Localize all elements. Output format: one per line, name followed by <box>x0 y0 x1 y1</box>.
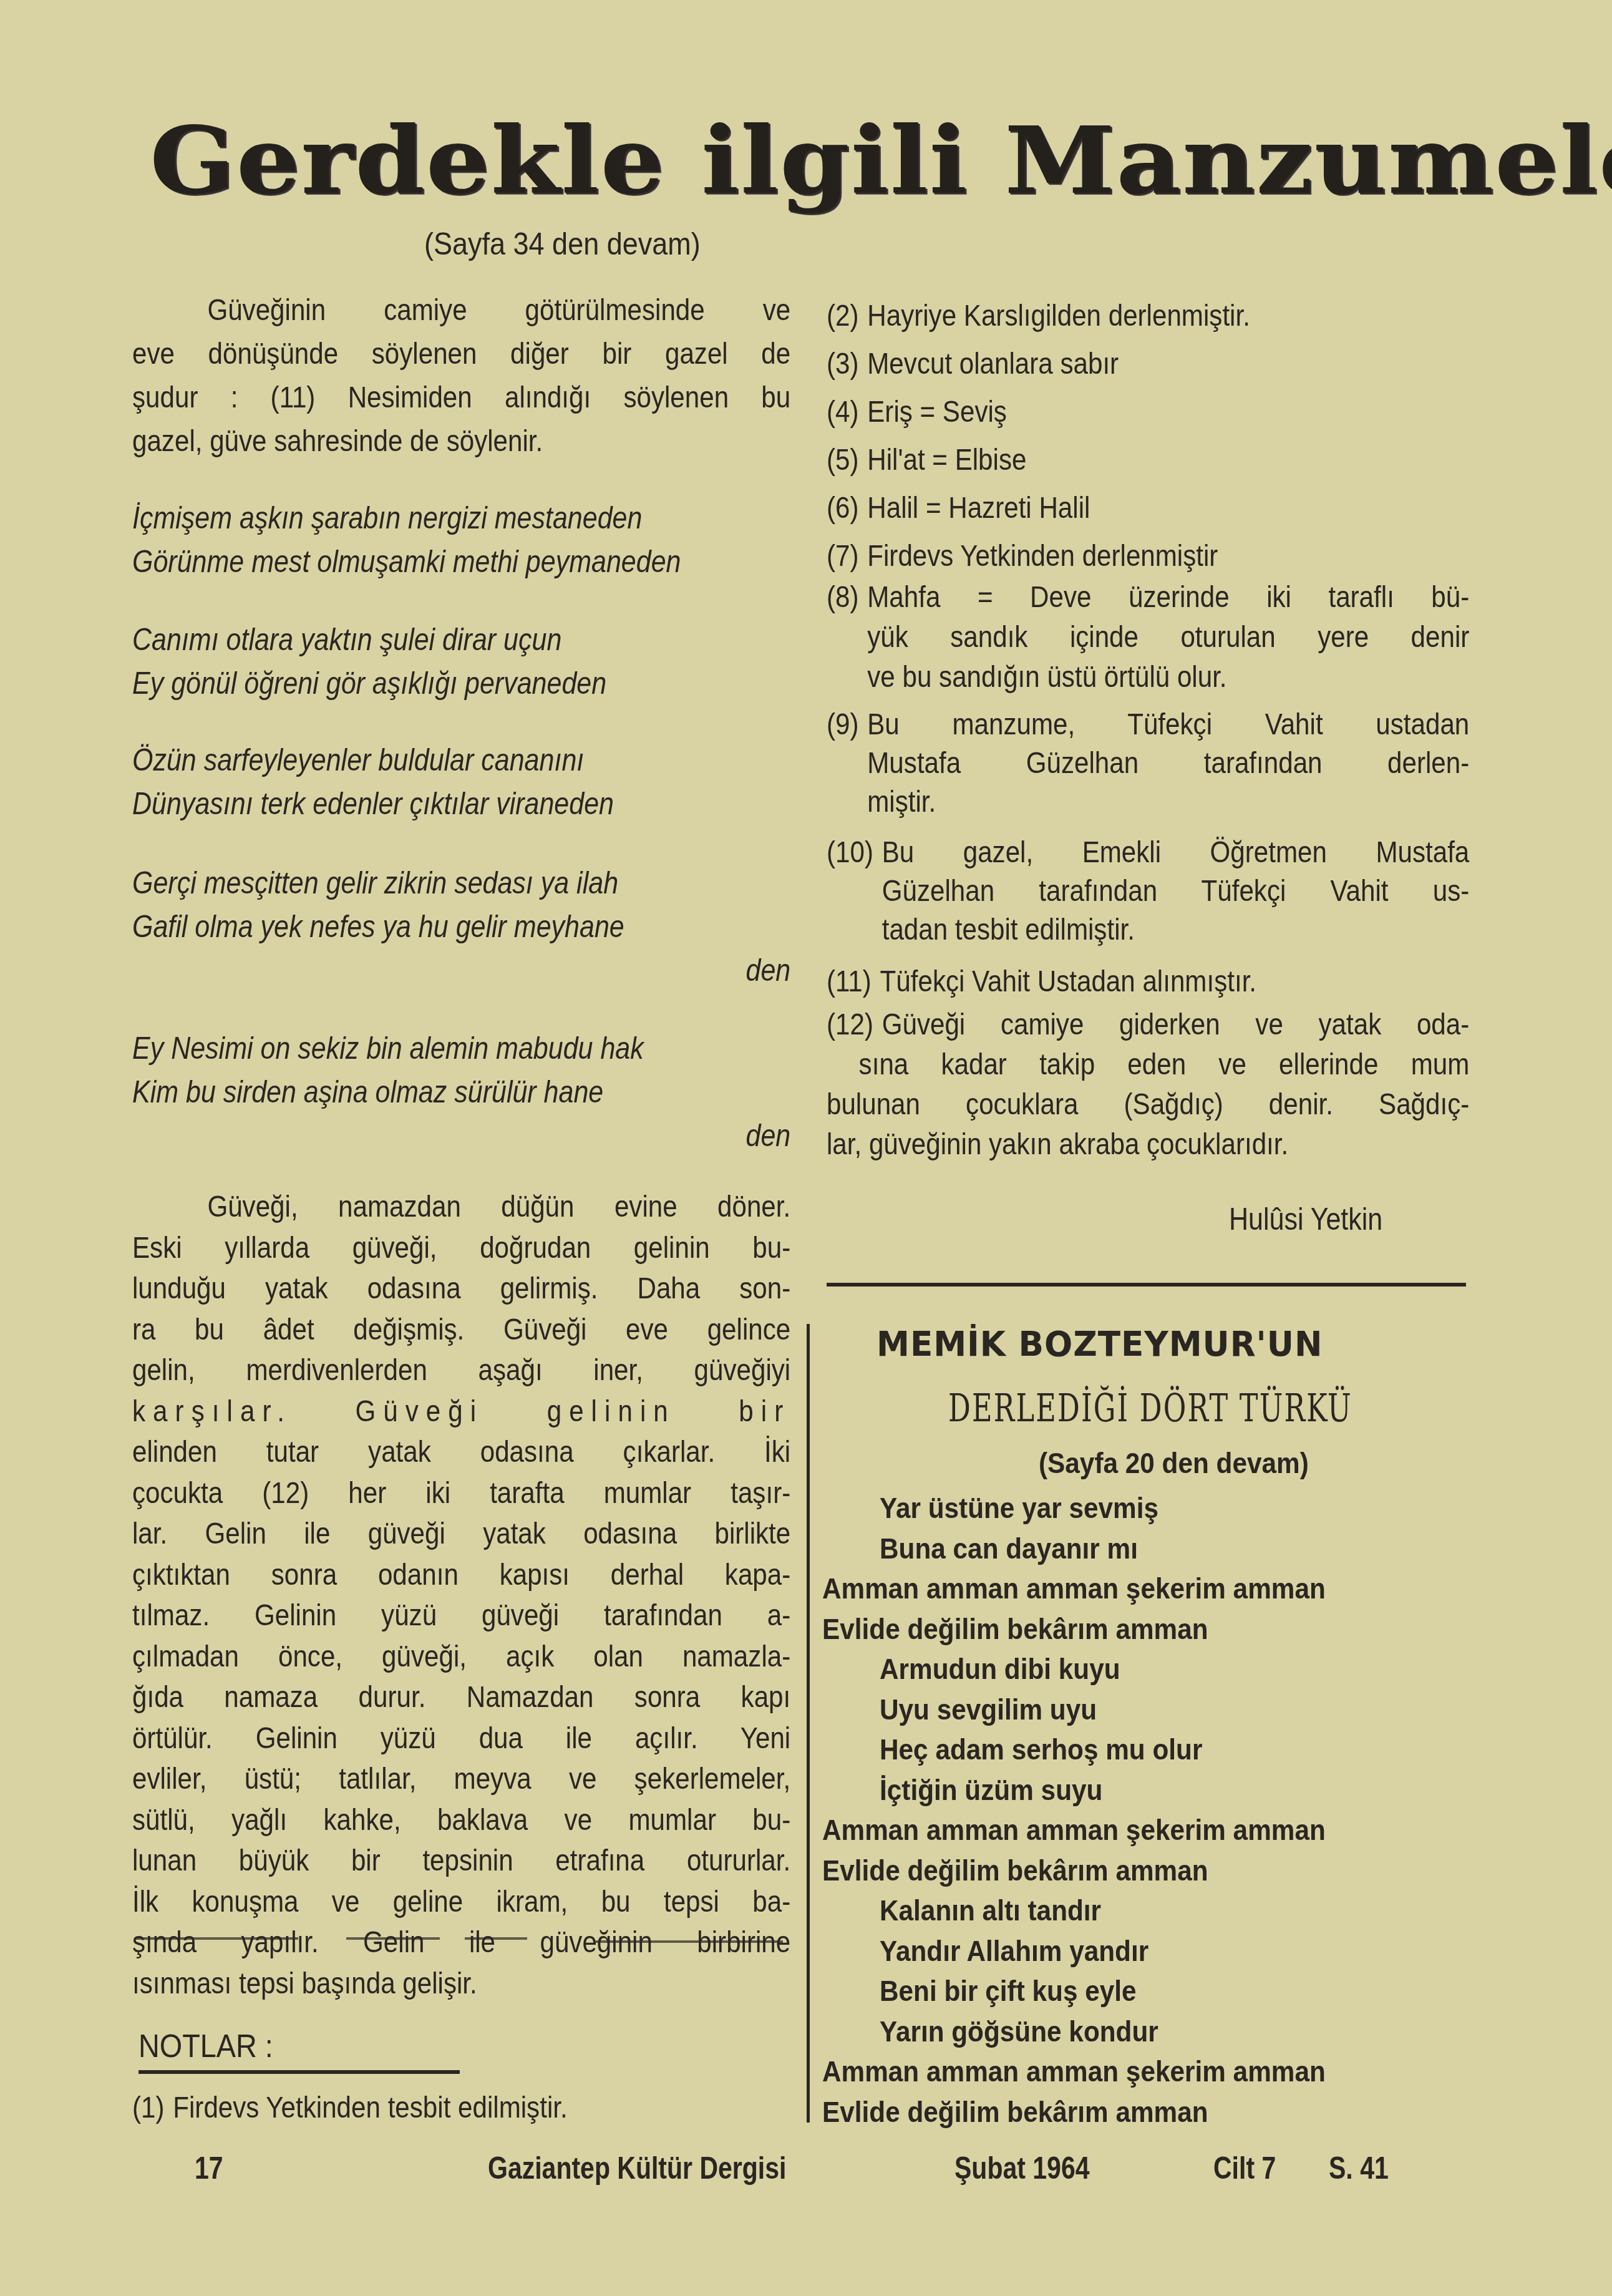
footnote-10: (10) Bu gazel, Emekli Öğretmen Mustafa G… <box>827 833 1469 949</box>
underline-mark <box>346 1937 440 1940</box>
text-line: gelin, merdivenlerden aşağı iner, güveği… <box>132 1350 790 1391</box>
footnote-12: (12) Güveği camiye giderken ve yatak oda… <box>827 1004 1469 1164</box>
footnote-number: (5) <box>827 436 867 484</box>
folk-song-verses: Yar üstüne yar sevmiş Buna can dayanır m… <box>822 1488 1326 2132</box>
poem-verse: Kim bu sirden aşina olmaz sürülür hane <box>132 1070 790 1114</box>
text-line: şudur : (11) Nesimiden alındığı söylenen… <box>132 376 790 419</box>
song-verse: Armudun dibi kuyu <box>822 1649 1326 1690</box>
publication-name: Gaziantep Kültür Dergisi <box>488 2150 786 2186</box>
poem-verse: Gafil olma yek nefes ya hu gelir meyhane <box>132 905 790 948</box>
footnote-text: Firdevs Yetkinden tesbit edilmiştir. <box>173 2087 775 2128</box>
notes-heading: NOTLAR : <box>138 2028 273 2065</box>
text-line: ra bu âdet değişmiş. Güveği eve gelince <box>132 1310 790 1351</box>
issue-number: S. 41 <box>1329 2150 1389 2186</box>
poem-verse: Gerçi mesçitten gelir zikrin sedası ya i… <box>132 861 790 905</box>
notes-heading-rule <box>138 2070 460 2074</box>
section-divider <box>827 1283 1466 1287</box>
footnote-number: (4) <box>827 388 867 436</box>
text-line: çıktıktan sonra odanın kapısı derhal kap… <box>132 1555 790 1596</box>
footnote-number: (10) <box>827 833 882 949</box>
second-article-heading: MEMİK BOZTEYMUR'UN <box>876 1324 1323 1364</box>
footnote-9: (9) Bu manzume, Tüfekçi Vahit ustadan Mu… <box>827 705 1469 821</box>
song-verse: Yandır Allahım yandır <box>822 1931 1326 1972</box>
footnote-text: Hayriye Karslıgilden derlenmiştir. <box>867 292 1469 340</box>
footnote-2: (2)Hayriye Karslıgilden derlenmiştir. <box>827 292 1469 340</box>
song-verse: Yar üstüne yar sevmiş <box>822 1488 1326 1529</box>
footnote-text: Mevcut olanlara sabır <box>867 340 1469 388</box>
poem-verse: İçmişem aşkın şarabın nergizi mestaneden <box>132 496 790 540</box>
song-refrain: Evlide değilim bekârım amman <box>822 1851 1326 1891</box>
volume-number: Cilt 7 <box>1213 2150 1276 2186</box>
underline-mark <box>596 1940 783 1943</box>
poem-stanza-1: İçmişem aşkın şarabın nergizi mestaneden… <box>132 496 790 583</box>
footnote-text: ve bu sandığın üstü örtülü olur. <box>867 657 1469 697</box>
text-line: ğıda namaza durur. Namazdan sonra kapı <box>132 1677 790 1718</box>
song-refrain: Amman amman amman şekerim amman <box>822 1569 1326 1609</box>
footnote-number: (1) <box>132 2087 173 2128</box>
text-line: sütlü, yağlı kahke, baklava ve mumlar bu… <box>132 1800 790 1841</box>
text-line: ısınması tepsi başında gelişir. <box>132 1963 790 2005</box>
footnote-number: (6) <box>827 484 867 532</box>
poem-verse: Ey Nesimi on sekiz bin alemin mabudu hak <box>132 1026 790 1070</box>
song-verse: Heç adam serhoş mu olur <box>822 1729 1326 1770</box>
footnote-text: sına kadar takip eden ve ellerinde mum <box>827 1044 1469 1084</box>
footnote-number: (9) <box>827 705 867 821</box>
poem-stanza-5: Ey Nesimi on sekiz bin alemin mabudu hak… <box>132 1026 790 1157</box>
poem-verse: den <box>132 1114 790 1157</box>
poem-verse: Ey gönül öğreni gör aşıklığı pervaneden <box>132 661 790 705</box>
continued-from-note: (Sayfa 20 den devam) <box>1039 1446 1309 1480</box>
text-line: Güveği, namazdan düğün evine döner. <box>132 1187 790 1228</box>
text-line: gazel, güve sahresinde de söylenir. <box>132 419 790 463</box>
text-line: Eski yıllarda güveği, doğrudan gelinin b… <box>132 1228 790 1269</box>
footnote-text: Güveği camiye giderken ve yatak oda- <box>882 1004 1470 1044</box>
text-line: elinden tutar yatak odasına çıkarlar. İk… <box>132 1432 790 1473</box>
body-paragraph: Güveği, namazdan düğün evine döner. Eski… <box>132 1187 790 2004</box>
footnote-text: lar, güveğinin yakın akraba çocuklarıdır… <box>827 1124 1469 1164</box>
text-line: çocukta (12) her iki tarafta mumlar taşı… <box>132 1473 790 1514</box>
song-refrain: Evlide değilim bekârım amman <box>822 1609 1326 1650</box>
footnote-7: (7)Firdevs Yetkinden derlenmiştir <box>827 532 1469 580</box>
text-line: örtülür. Gelinin yüzü dua ile açılır. Ye… <box>132 1718 790 1759</box>
footnote-11: (11) Tüfekçi Vahit Ustadan alınmıştır. <box>827 961 1469 1002</box>
poem-verse: Görünme mest olmuşamki methi peymaneden <box>132 540 790 583</box>
footnote-text: Hil'at = Elbise <box>867 436 1469 484</box>
footnote-text: Mahfa = Deve üzerinde iki taraflı bü- <box>867 577 1469 617</box>
footnote-3: (3)Mevcut olanlara sabır <box>827 340 1469 388</box>
footnote-8: (8) Mahfa = Deve üzerinde iki taraflı bü… <box>827 577 1469 697</box>
song-verse: Yarın göğsüne kondur <box>822 2011 1326 2052</box>
column-divider <box>807 1324 810 2123</box>
footnote-number: (2) <box>827 292 867 340</box>
intro-paragraph: Güveğinin camiye götürülmesinde ve eve d… <box>132 288 790 463</box>
song-verse: Beni bir çift kuş eyle <box>822 1971 1326 2011</box>
footnote-4: (4)Eriş = Seviş <box>827 388 1469 436</box>
footnote-text: bulunan çocuklara (Sağdıç) denir. Sağdıç… <box>827 1084 1469 1124</box>
footnote-text: tadan tesbit edilmiştir. <box>882 910 1470 949</box>
text-line: lunan büyük bir tepsinin etrafına oturur… <box>132 1841 790 1882</box>
song-refrain: Amman amman amman şekerim amman <box>822 2051 1326 2092</box>
song-refrain: Evlide değilim bekârım amman <box>822 2092 1326 2133</box>
underline-mark <box>136 1937 298 1940</box>
text-line: tılmaz. Gelinin yüzü güveği tarafından a… <box>132 1595 790 1637</box>
song-refrain: Amman amman amman şekerim amman <box>822 1810 1326 1851</box>
footnote-text: Güzelhan tarafından Tüfekçi Vahit us- <box>882 872 1470 910</box>
footnote-text: Eriş = Seviş <box>867 388 1469 436</box>
footnote-text: Tüfekçi Vahit Ustadan alınmıştır. <box>880 961 1470 1002</box>
poem-verse: den <box>132 948 790 992</box>
footnote-6: (6)Halil = Hazreti Halil <box>827 484 1469 532</box>
footnote-text: Bu gazel, Emekli Öğretmen Mustafa <box>882 833 1470 872</box>
text-line: lunduğu yatak odasına gelirmiş. Daha son… <box>132 1268 790 1310</box>
footnote-text: yük sandık içinde oturulan yere denir <box>867 617 1469 657</box>
footnote-1: (1) Firdevs Yetkinden tesbit edilmiştir. <box>132 2087 775 2128</box>
song-verse: Buna can dayanır mı <box>822 1529 1326 1569</box>
poem-stanza-3: Özün sarfeyleyenler buldular cananını Dü… <box>132 738 790 825</box>
issue-date: Şubat 1964 <box>954 2150 1089 2186</box>
footnote-text: miştir. <box>867 782 1469 821</box>
footnotes-list: (2)Hayriye Karslıgilden derlenmiştir. (3… <box>827 292 1469 580</box>
poem-verse: Dünyasını terk edenler çıktılar viranede… <box>132 782 790 825</box>
footnote-text: Mustafa Güzelhan tarafından derlen- <box>867 744 1469 782</box>
poem-verse: Canımı otlara yaktın şulei dirar uçun <box>132 618 790 661</box>
article-title: Gerdekle ilgili Manzumeler <box>150 106 1578 215</box>
underline-mark <box>465 1937 527 1940</box>
text-line: evliler, üstü; tatlılar, meyva ve şekerl… <box>132 1759 790 1800</box>
text-line: lar. Gelin ile güveği yatak odasına birl… <box>132 1514 790 1555</box>
song-verse: Kalanın altı tandır <box>822 1890 1326 1931</box>
footnote-text: Firdevs Yetkinden derlenmiştir <box>867 532 1469 580</box>
author-signature: Hulûsi Yetkin <box>1229 1201 1382 1237</box>
second-article-subheading: DERLEDİĞİ DÖRT TÜRKÜ <box>948 1385 1352 1431</box>
song-verse: Uyu sevgilim uyu <box>822 1690 1326 1730</box>
footnote-number: (8) <box>827 577 867 697</box>
text-line: Güveğinin camiye götürülmesinde ve <box>132 288 790 332</box>
poem-stanza-4: Gerçi mesçitten gelir zikrin sedası ya i… <box>132 861 790 992</box>
poem-verse: Özün sarfeyleyenler buldular cananını <box>132 738 790 782</box>
footnote-text: Bu manzume, Tüfekçi Vahit ustadan <box>867 705 1469 744</box>
footnote-number: (12) <box>827 1004 882 1044</box>
page-number: 17 <box>195 2150 223 2186</box>
footnote-5: (5)Hil'at = Elbise <box>827 436 1469 484</box>
continued-from-note: (Sayfa 34 den devam) <box>424 226 701 262</box>
footnote-number: (3) <box>827 340 867 388</box>
footnote-number: (11) <box>827 961 880 1002</box>
text-line: İlk konuşma ve geline ikram, bu tepsi ba… <box>132 1882 790 1923</box>
song-verse: İçtiğin üzüm suyu <box>822 1770 1326 1811</box>
poem-stanza-2: Canımı otlara yaktın şulei dirar uçun Ey… <box>132 618 790 705</box>
text-line: eve dönüşünde söylenen diğer bir gazel d… <box>132 332 790 376</box>
text-line: çılmadan önce, güveği, açık olan namazla… <box>132 1637 790 1678</box>
text-line: karşılar. Güveği gelinin bir <box>132 1391 790 1433</box>
footnote-number: (7) <box>827 532 867 580</box>
footnote-text: Halil = Hazreti Halil <box>867 484 1469 532</box>
